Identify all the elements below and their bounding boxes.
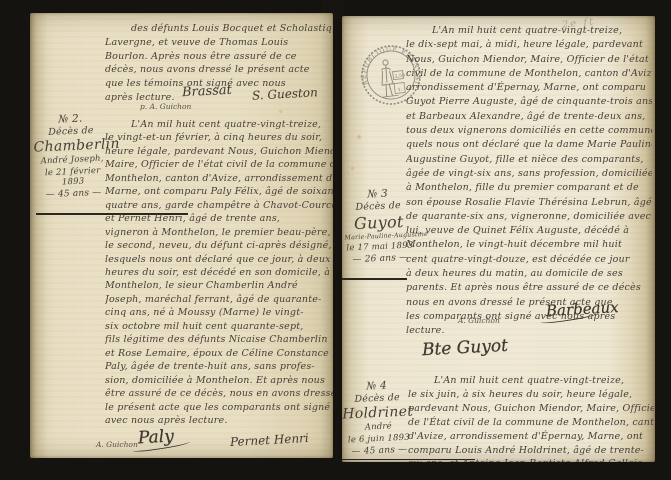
deceased-given-names: André Joseph, [34,153,110,166]
deceased-age: — 45 ans — [35,187,111,200]
handwritten-text-line: Paly, âgée de trente-huit ans, sans prof… [105,360,333,373]
handwritten-text-line: lui, veuve de Quinet Félix Auguste, décé… [406,224,652,238]
deceased-surname: Chamberlin [33,136,110,155]
deceased-surname: Guyot [343,211,414,233]
signature-brassat: Brassat [182,83,233,101]
handwritten-text-line: Lavergne, et veuve de Thomas Louis [105,36,331,50]
stamp-mark: 1. [398,87,404,94]
separator-line-act-3 [342,278,407,280]
handwritten-text-line: son épouse Rosalie Flavie Thérésina Lebr… [406,196,652,210]
death-date: le 6 juin 1893 [342,432,417,445]
deceased-given-names: André [342,420,417,433]
stamp-value: 2,50 [394,73,405,80]
handwritten-text-line: cent quatre-vingt-douze, est décédée ce … [406,253,652,267]
handwritten-text-line: être assuré de ce décès, nous en avons d… [105,387,333,400]
handwritten-text-line: heures du soir, est décédé en son domici… [105,266,333,279]
handwritten-text-line: et Pernet Henri, âgé de trente ans, [105,212,333,225]
handwritten-text-line: cinq ans, né à Moussy (Marne) le vingt- [105,306,333,319]
act-3-text: L'An mil huit cent quatre-vingt-treize,l… [406,24,652,339]
handwritten-text-line: Bourlon. Après nous être assuré de ce [105,50,331,64]
handwritten-text-line: Guyot Pierre Auguste, âgé de cinquante-t… [406,95,652,109]
register-photo: { "colors": { "ink": "#443e37", "margin_… [0,0,671,480]
handwritten-text-line: le second, neveu, du défunt ci-après dés… [105,239,333,252]
death-date: le 21 février 1893 [35,165,112,188]
handwritten-text-line: le six juin, à six heures du soir, heure… [408,388,654,402]
handwritten-text-line: de l'État civil de la commune de Monthel… [408,416,654,430]
handwritten-text-line: tous deux vignerons domiciliés en cette … [406,124,652,138]
handwritten-text-line: Nous, Guichon Miendor, Maire, Officier d… [406,53,652,67]
handwritten-text-line: lecture. [406,324,652,338]
handwritten-text-line: lesquels nous ont déclaré que ce jour, à… [105,253,333,266]
handwritten-text-line: heure légale, pardevant Nous, Guichon Mi… [105,145,333,158]
register-right-page: 2e ft RÉPUBLIQUE FRANÇAISE 2,50 1. L'An … [342,16,655,462]
handwritten-text-line: avec nous après lecture. [105,414,333,427]
foxing-spot [278,109,283,114]
handwritten-text-line: Augustine Guyot, fille et nièce des comp… [406,153,652,167]
handwritten-text-line: des défunts Louis Bocquet et Scholastiqu… [105,22,331,36]
handwritten-text-line: quels nous ont déclaré que la dame Marie… [406,138,652,152]
handwritten-text-line: Monthelon, le vingt-huit décembre mil hu… [406,238,652,252]
signature-bte-guyot: Bte Guyot [422,336,509,360]
handwritten-text-line: vigneron à Monthelon, le premier beau-pè… [105,226,333,239]
act-2-text: L'An mil huit cent quatre-vingt-treize,l… [105,118,333,427]
handwritten-text-line: et Rose Lemaire, époux de Céline Constan… [105,347,333,360]
handwritten-text-line: pardevant Nous, Guichon Miendor, Maire, … [408,402,654,416]
margin-note-act-2: № 2. Décès de Chamberlin André Joseph, l… [32,111,112,200]
signature-paly: Paly [137,426,190,451]
handwritten-text-line: fils légitime des défunts Nicaise Chambe… [105,333,333,346]
handwritten-text-line: parents. Et après nous être assuré de ce… [406,281,652,295]
mayor-paraph-act-1: p. A. Guichon [140,102,191,111]
signature-pernet-henri: Pernet Henri [230,431,309,449]
signature-barbeaux: Barbeaux [546,298,620,322]
death-date: le 17 mai 1893 [345,240,415,253]
handwritten-text-line: quatre ans, garde champêtre à Chavot-Cou… [105,199,333,212]
register-left-page: des défunts Louis Bocquet et Scholastiqu… [30,13,333,458]
handwritten-text-line: Monthelon, canton d'Avize, arrondissemen… [105,172,333,185]
handwritten-text-line: le présent acte que les comparants ont s… [105,401,333,414]
handwritten-text-line: six octobre mil huit cent quarante-sept, [105,320,333,333]
margin-note-act-4: № 4 Décès de Holdrinet André le 6 juin 1… [342,378,418,457]
handwritten-text-line: et Barbeaux Alexandre, âgé de trente-deu… [406,110,652,124]
handwritten-text-line: L'An mil huit cent quatre-vingt-treize, [105,118,333,131]
handwritten-text-line: Marne, ont comparu Paly Félix, âgé de so… [105,185,333,198]
handwritten-text-line: L'An mil huit cent quatre-vingt-treize, [406,24,652,38]
handwritten-text-line: L'An mil huit cent quatre-vingt-treize, [408,374,654,388]
handwritten-text-line: arrondissement d'Épernay, Marne, ont com… [406,81,652,95]
deceased-age: — 45 ans — [342,444,418,457]
deceased-surname: Holdrinet [342,403,416,422]
foxing-spot [350,166,355,171]
handwritten-text-line: six ans, et Antoine Jean-Baptiste Alfred… [408,457,654,462]
handwritten-text-line: décès, nous avons dressé le présent acte [105,63,331,77]
foxing-spot [356,134,362,140]
handwritten-text-line: à Monthelon, fille du premier comparant … [406,181,652,195]
margin-note-act-3: № 3 Décès de Guyot Marie-Pauline-Augusti… [342,187,415,266]
handwritten-text-line: Monthelon, le sieur Chamberlin André [105,279,333,292]
handwritten-text-line: d'Avize, arrondissement d'Épernay, Marne… [408,430,654,444]
handwritten-text-line: le vingt-et-un février, à cinq heures du… [105,131,333,144]
handwritten-text-line: sion, domiciliée à Monthelon. Et après n… [105,374,333,387]
handwritten-text-line: Maire, Officier de l'état civil de la co… [105,158,333,171]
handwritten-text-line: le dix-sept mai, à midi, heure légale, p… [406,38,652,52]
mayor-paraph-act-3: A. Guichon [458,316,500,325]
handwritten-text-line: civil de la commune de Monthelon, canton… [406,67,652,81]
handwritten-text-line: Joseph, maréchal ferrant, âgé de quarant… [105,293,333,306]
handwritten-text-line: de quarante-six ans, vigneronne, domicil… [406,210,652,224]
handwritten-text-line: à deux heures du matin, au domicile de s… [406,267,652,281]
handwritten-text-line: âgée de vingt-six ans, sans profession, … [406,167,652,181]
act-4-text: L'An mil huit cent quatre-vingt-treize,l… [408,374,654,462]
handwritten-text-line: comparu Louis André Holdrinet, âgé de tr… [408,444,654,458]
